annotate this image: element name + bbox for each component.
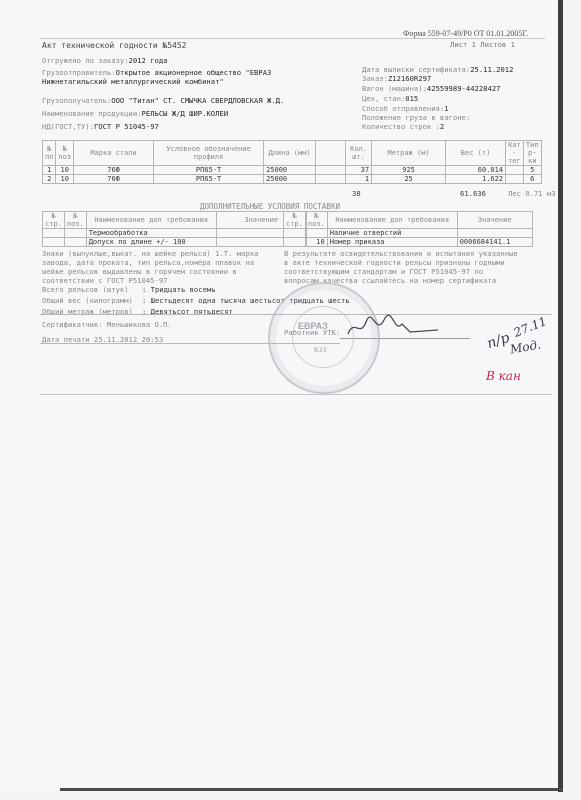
table-cell: Допуск по длине +/- 100 xyxy=(86,238,216,247)
column-header: № поз. xyxy=(64,212,86,229)
table-cell xyxy=(506,175,524,184)
additional-row: Допуск по длине +/- 100 xyxy=(43,238,307,247)
column-header: № стр. xyxy=(284,212,306,229)
left_info-value: Открытое акционерное общество "ЕВРАЗ xyxy=(116,68,272,77)
table-cell xyxy=(457,229,532,238)
rule-3 xyxy=(40,394,552,395)
table-cell: 1.622 xyxy=(446,175,506,184)
left_info-label: Грузополучатель: xyxy=(42,96,111,105)
table-cell: 925 xyxy=(372,166,446,175)
column-header: № пп xyxy=(43,141,56,166)
marks-line: шейке рельсов выдавлены в горячем состоя… xyxy=(42,267,237,276)
table-cell: РП65-Т xyxy=(154,166,264,175)
left_info-value: РЕЛЬСЫ Ж/Д ШИР.КОЛЕИ xyxy=(142,109,229,118)
header-rule xyxy=(40,38,545,39)
left_info-row: НД(ГОСТ,ТУ):ГОСТ Р 51045-97 xyxy=(42,122,159,131)
marks-line: завода, дата проката, тип рельса,номера … xyxy=(42,258,254,267)
right_info-value: Z12160R297 xyxy=(388,74,431,83)
right_info-label: Количество строк : xyxy=(362,122,440,131)
right_info-row: Вагон (машина):42559989-44228427 xyxy=(362,84,501,93)
left_info-row: Наименование продукции:РЕЛЬСЫ Ж/Д ШИР.КО… xyxy=(42,109,228,118)
table-cell: 5 xyxy=(523,166,541,175)
marks-line: Знаки (выпуклые,выкат. на шейке рельса) … xyxy=(42,249,258,258)
left_info-row: Нижнетагильский металлургический комбина… xyxy=(42,77,224,86)
total-value: : Тридцать восемь xyxy=(142,285,216,294)
marks-line: соответствии с ГОСТ Р51045-97 xyxy=(42,276,168,285)
column-header: Марка стали xyxy=(74,141,154,166)
column-header xyxy=(316,141,346,166)
total-label: Всего рельсов (штук) xyxy=(42,285,129,294)
right_info-row: Заказ:Z12160R297 xyxy=(362,74,431,83)
additional-header-row: № стр.№ поз.Наименование доп требованияЗ… xyxy=(284,212,533,229)
column-header: Тип р- ки xyxy=(523,141,541,166)
additional-row: Наличие отверстий xyxy=(284,229,533,238)
table-cell: РП65-Т xyxy=(154,175,264,184)
table-cell: 37 xyxy=(346,166,372,175)
left_info-label: Грузоотправитель: xyxy=(42,68,116,77)
table-cell: 10 xyxy=(305,238,327,247)
conclusion-line: соответствующим стандартам и ГОСТ Р51045… xyxy=(284,267,483,276)
table-cell xyxy=(43,229,65,238)
right_info-label: Способ отправления: xyxy=(362,104,444,113)
form-code: Форма 559-07-49/Р0 ОТ 01.01.2005Г. xyxy=(403,29,528,38)
table-cell: Наличие отверстий xyxy=(327,229,457,238)
right_info-label: Заказ: xyxy=(362,74,388,83)
right_info-row: Положение груза в вагоне: xyxy=(362,113,470,122)
table-cell: 60.014 xyxy=(446,166,506,175)
table-cell: 25000 xyxy=(264,166,316,175)
rails-table: № пп№ позМарка сталиУсловное обозначение… xyxy=(42,140,542,184)
table-cell: 76Ф xyxy=(74,175,154,184)
table-row: 11076ФРП65-Т250003792560.0145 xyxy=(43,166,542,175)
document-page xyxy=(0,0,562,790)
wood-volume: Лес 0.71 м3 xyxy=(508,189,556,198)
table-cell xyxy=(64,229,86,238)
table-cell xyxy=(506,166,524,175)
table-cell: 76Ф xyxy=(74,166,154,175)
table-cell: 6 xyxy=(523,175,541,184)
right_info-value: 42559989-44228427 xyxy=(427,84,501,93)
table-cell: 25000 xyxy=(264,175,316,184)
table-cell xyxy=(284,229,306,238)
column-header: Длина (мм) xyxy=(264,141,316,166)
column-header: Наименование доп требования xyxy=(86,212,216,229)
right_info-label: Положение груза в вагоне: xyxy=(362,113,470,122)
column-header: Вес (т) xyxy=(446,141,506,166)
signature-scribble xyxy=(340,312,450,342)
right_info-row: Цех, стан:015 xyxy=(362,94,418,103)
right_info-label: Цех, стан: xyxy=(362,94,405,103)
left_info-label: НД(ГОСТ,ТУ): xyxy=(42,122,94,131)
conclusion-line: в акте технической годности рельсы призн… xyxy=(284,258,505,267)
stamp-number: №33 xyxy=(314,346,327,355)
table-cell: 1 xyxy=(346,175,372,184)
column-header: Наименование доп требования xyxy=(327,212,457,229)
right_info-label: Дата выписки сертификата: xyxy=(362,65,470,74)
table-cell: 10 xyxy=(56,166,74,175)
table-cell xyxy=(305,229,327,238)
column-header: Кол. шт. xyxy=(346,141,372,166)
additional-row: Термообработка xyxy=(43,229,307,238)
additional-row: 10Номер приказа0006684141.1 xyxy=(284,238,533,247)
table-cell: Номер приказа xyxy=(327,238,457,247)
table-cell: 2 xyxy=(43,175,56,184)
column-header: Метраж (м) xyxy=(372,141,446,166)
document-title: Акт технической годности №5452 xyxy=(42,41,187,50)
left_info-value: 2012 года xyxy=(129,56,168,65)
table-cell xyxy=(284,238,306,247)
left_info-value: ООО "Титан" СТ. СМЫЧКА СВЕРДЛОВСКАЯ Ж.Д. xyxy=(111,96,284,105)
scan-edge-right xyxy=(558,0,563,792)
table-cell xyxy=(316,175,346,184)
right_info-row: Способ отправления:1 xyxy=(362,104,449,113)
left_info-label: Отгружено по заказу: xyxy=(42,56,129,65)
table-cell xyxy=(64,238,86,247)
scan-edge-bottom xyxy=(60,788,563,791)
handwritten-red-note: В кан xyxy=(486,369,521,383)
table-cell: 0006684141.1 xyxy=(457,238,532,247)
column-header: № поз xyxy=(56,141,74,166)
left_info-label: Наименование продукции: xyxy=(42,109,142,118)
column-header: № стр. xyxy=(43,212,65,229)
sheet-count: Лист 1 Листов 1 xyxy=(450,40,515,49)
total-count: 38 xyxy=(352,189,361,198)
table-cell: 10 xyxy=(56,175,74,184)
right_info-label: Вагон (машина): xyxy=(362,84,427,93)
left_info-row: Отгружено по заказу:2012 года xyxy=(42,56,168,65)
column-header: Условное обозначение профиля xyxy=(154,141,264,166)
total-label: Общий вес (килограмм) xyxy=(42,296,133,305)
table-cell: 1 xyxy=(43,166,56,175)
column-header: № поз. xyxy=(305,212,327,229)
right_info-row: Количество строк :2 xyxy=(362,122,444,131)
additional-title: ДОПОЛНИТЕЛЬНЫЕ УСЛОВИЯ ПОСТАВКИ xyxy=(200,202,340,211)
left_info-row: Грузополучатель:ООО "Титан" СТ. СМЫЧКА С… xyxy=(42,96,284,105)
column-header: Значение xyxy=(457,212,532,229)
additional-table-left: № стр.№ поз.Наименование доп требованияЗ… xyxy=(42,211,307,247)
additional-header-row: № стр.№ поз.Наименование доп требованияЗ… xyxy=(43,212,307,229)
table-cell: Термообработка xyxy=(86,229,216,238)
right_info-value: 2 xyxy=(440,122,444,131)
left_info-value: Нижнетагильский металлургический комбина… xyxy=(42,77,224,86)
total-weight: 61.636 xyxy=(460,189,486,198)
certifier: Сертификатчик: Меньшикова О.П. xyxy=(42,320,172,329)
column-header: Кат - тег xyxy=(506,141,524,166)
table-cell xyxy=(43,238,65,247)
table-header-row: № пп№ позМарка сталиУсловное обозначение… xyxy=(43,141,542,166)
table-cell xyxy=(316,166,346,175)
right_info-value: 25.11.2012 xyxy=(470,65,513,74)
stamp-brand: ЕВРАЗ xyxy=(298,322,328,331)
left_info-row: Грузоотправитель:Открытое акционерное об… xyxy=(42,68,271,77)
right_info-value: 015 xyxy=(405,94,418,103)
right_info-value: 1 xyxy=(444,104,448,113)
table-row: 21076ФРП65-Т250001251.6226 xyxy=(43,175,542,184)
left_info-value: ГОСТ Р 51045-97 xyxy=(94,122,159,131)
conclusion-line: В результате освидетельствования и испыт… xyxy=(284,249,518,258)
additional-table-right: № стр.№ поз.Наименование доп требованияЗ… xyxy=(283,211,533,247)
table-cell: 25 xyxy=(372,175,446,184)
right_info-row: Дата выписки сертификата:25.11.2012 xyxy=(362,65,513,74)
